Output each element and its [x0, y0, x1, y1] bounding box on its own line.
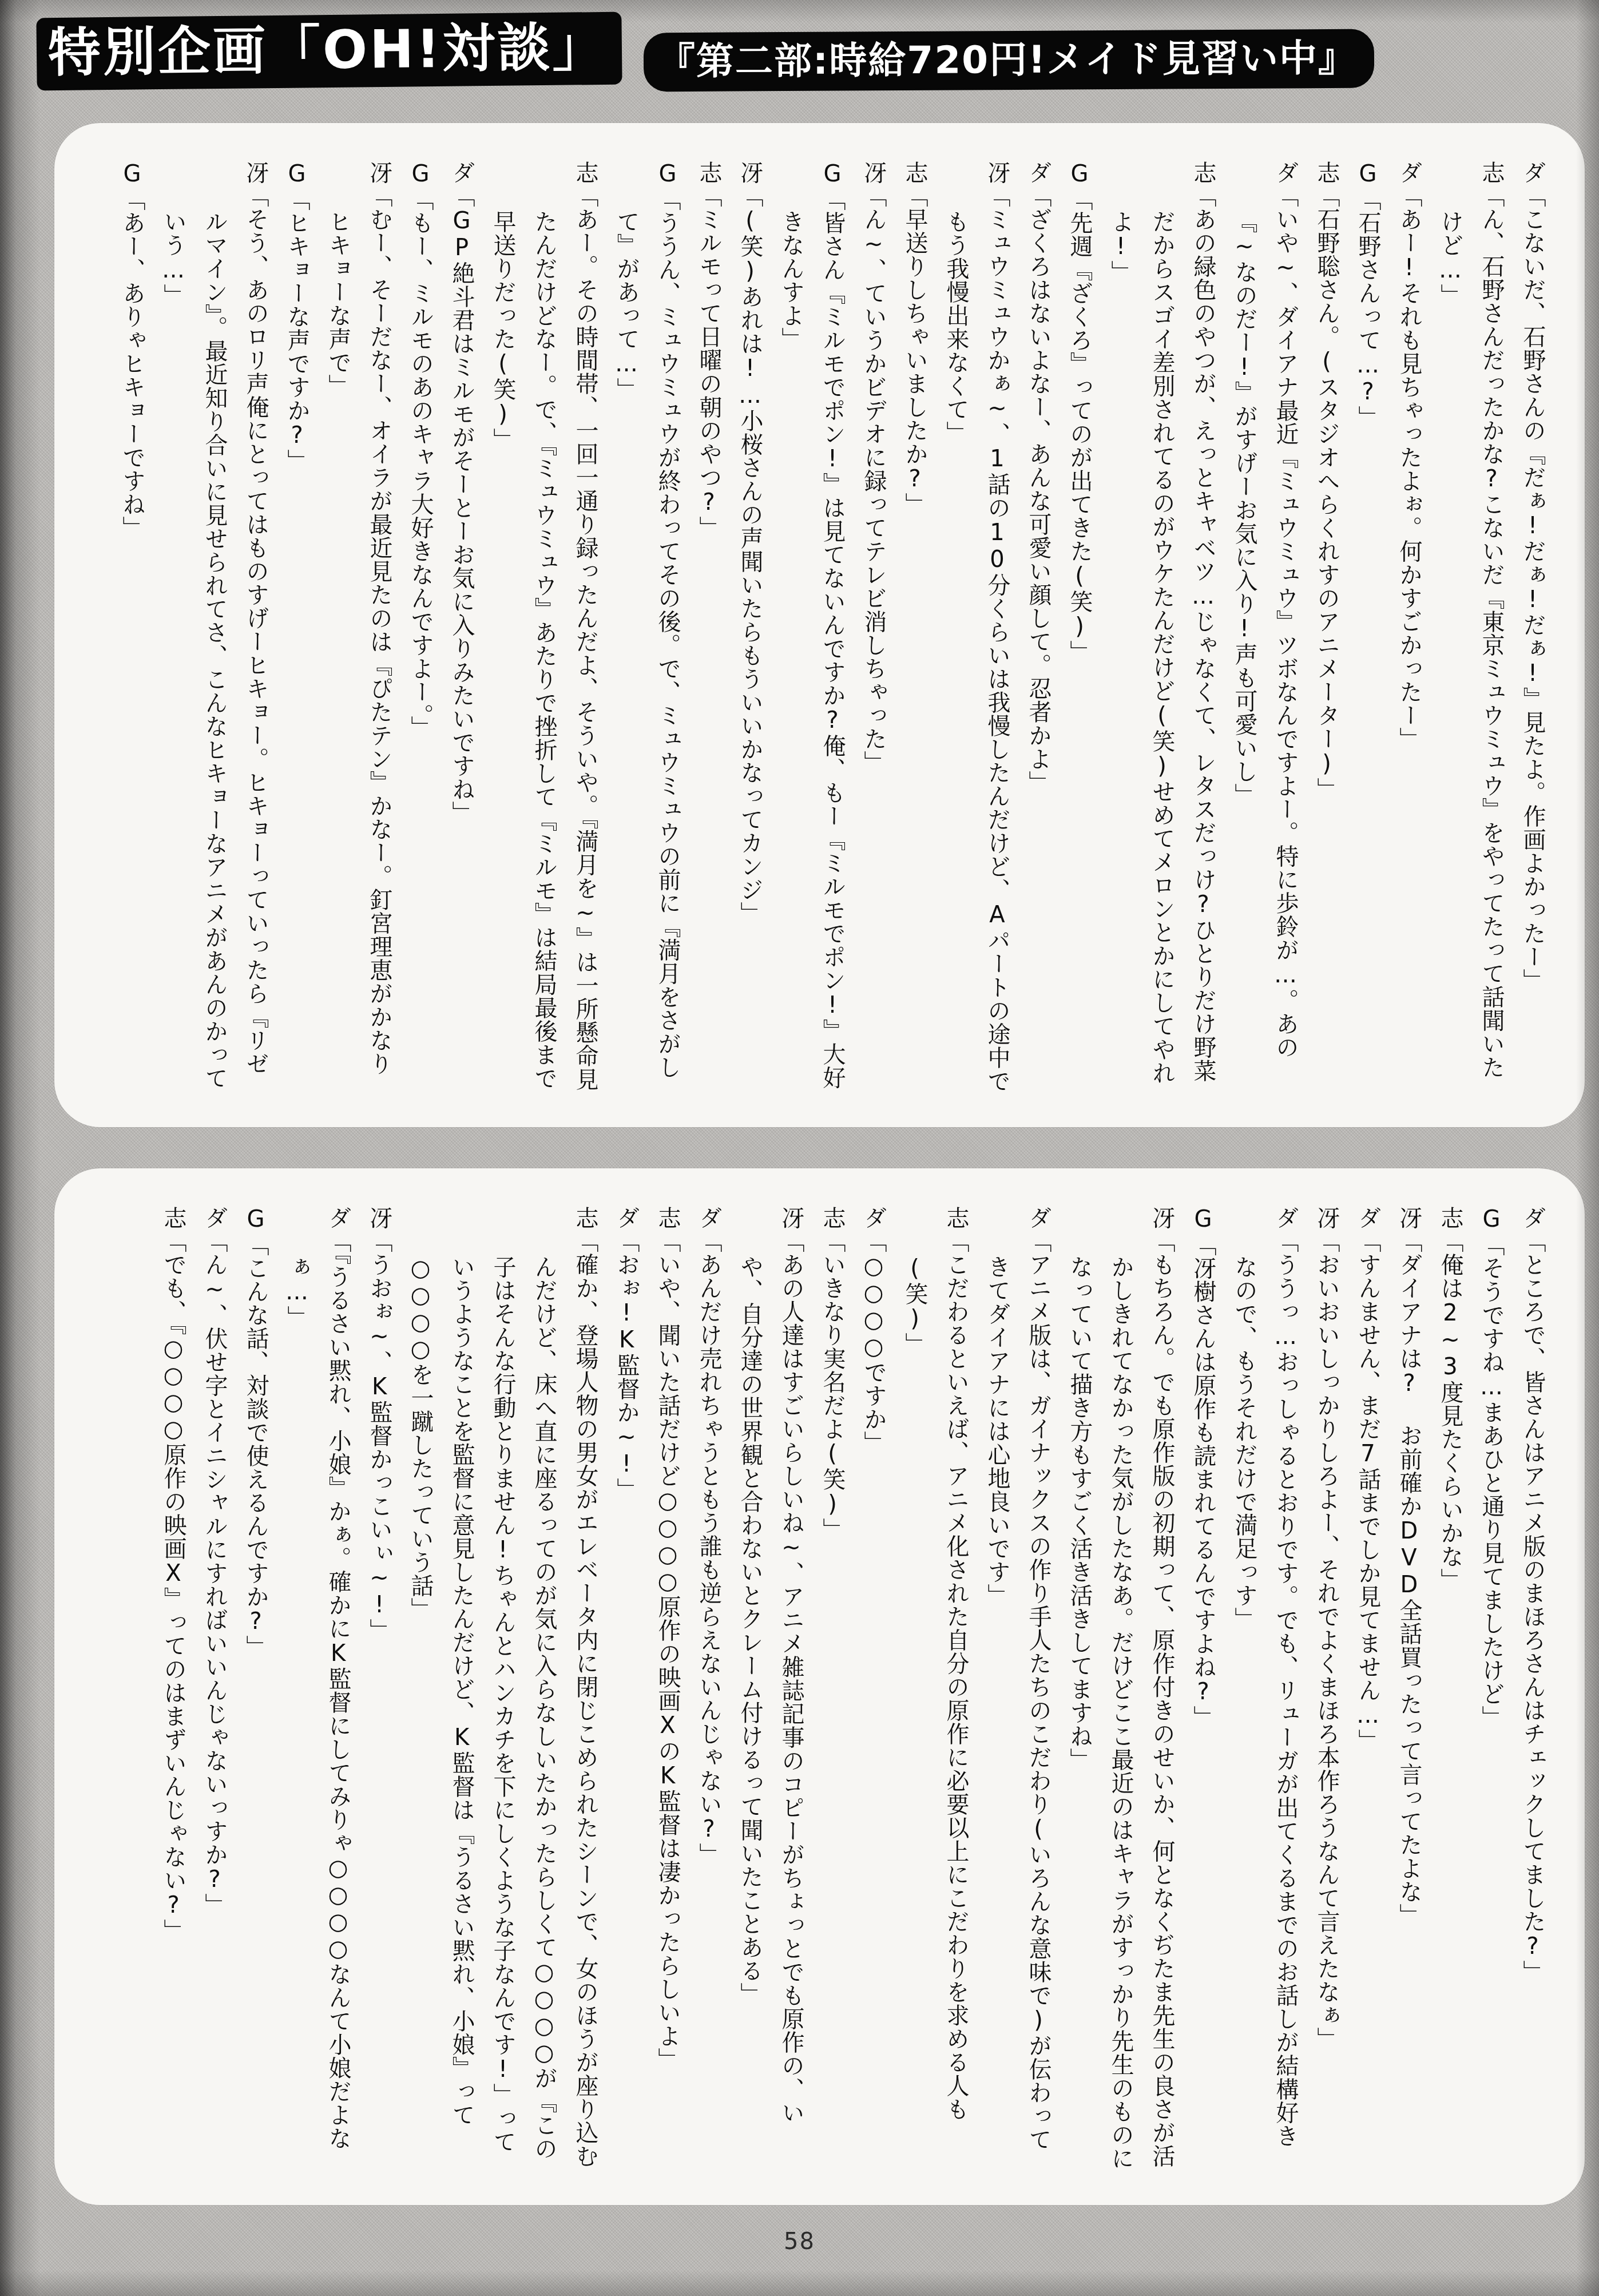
speech-text: 「早送りしちゃいましたか?」 [902, 184, 928, 516]
speech-text: 「もちろん。でも原作版の初期って、原作付きのせいか、何となくぢたま先生の良さが活… [1066, 1230, 1175, 2170]
speech-line: 冴「むー、そーだなー、オイラが最近見たのは『ぴたテン』かなー。釘宮理恵がかなりヒ… [318, 161, 400, 1093]
speaker-label: 志 [572, 161, 598, 184]
speech-line: ダ「GP絶斗君はミルモがそーとーお気に入りみたいですね」 [441, 161, 482, 1093]
speaker-label: 志 [1314, 161, 1340, 184]
speech-line: 冴「あの人達はすごいらしいね~、アニメ雑誌記事のコピーがちょっとでも原作の、いや… [729, 1206, 812, 2171]
speaker-label: ダ [201, 1206, 228, 1230]
speech-text: 「あー、ありゃヒキョーですね」 [119, 188, 145, 540]
speech-line: 冴「そう、あのロリ声俺にとってはものすげーヒキョー。ヒキョーっていったら『リゼル… [153, 161, 276, 1093]
speech-line: 志「でも、『○○○○原作の映画X』ってのはまずいんじゃない?」 [153, 1206, 194, 2171]
speech-text: 「ミルモって日曜の朝のやつ?」 [696, 184, 722, 540]
speech-line: ダ「ざくろはないよなー、あんな可愛い顔して。忍者かよ」 [1018, 161, 1059, 1093]
speech-text: 「ううっ…おっしゃるとおりです。でも、リューガが出てくるまでのお話しが結構好きな… [1231, 1230, 1299, 2148]
speaker-label: 冴 [737, 161, 763, 184]
speaker-label: ダ [1519, 1206, 1546, 1230]
speech-line: ダ「あー!それも見ちゃったよぉ。何かすごかったー」 [1388, 161, 1430, 1093]
feature-subtitle: 『第二部:時給720円!メイド見習い中』 [644, 29, 1374, 92]
speaker-label: 志 [1190, 161, 1216, 184]
speaker-label: ダ [449, 161, 475, 184]
speech-line: ダ「○○○○ですか」 [853, 1206, 894, 2171]
speaker-label: ダ [325, 1206, 351, 1230]
speaker-label: G [654, 161, 681, 188]
speaker-label: 志 [819, 1206, 846, 1230]
speaker-label: 冴 [984, 161, 1010, 184]
speaker-label: 冴 [1149, 1206, 1175, 1230]
speech-text: 「ざくろはないよなー、あんな可愛い顔して。忍者かよ」 [1025, 184, 1052, 794]
speech-text: 「『うるさい黙れ、小娘』かぁ。確かにK監督にしてみりゃ○○○○なんて小娘だよなぁ… [284, 1230, 351, 2150]
speaker-label: 冴 [366, 1206, 392, 1230]
speech-text: 「先週『ざくろ』ってのが出てきた(笑)」 [1066, 188, 1093, 664]
page-header: 特別企画「OH!対談」 『第二部:時給720円!メイド見習い中』 [37, 15, 1374, 90]
speaker-label: ダ [1272, 161, 1299, 184]
speech-line: 志「ミルモって日曜の朝のやつ?」 [688, 161, 729, 1093]
speech-text: 「○○○○ですか」 [860, 1230, 887, 1454]
dialogue-text-part1: ダ「こないだ、石野さんの『だぁ!だぁ!だぁ!』見たよ。作画よかったー」志「ん、石… [54, 123, 1585, 1127]
speech-line: 冴「おいおいしっかりしろよー、それでよくまほろ本作ろうなんて言えたなぁ」 [1306, 1206, 1347, 2171]
speaker-label: G [1355, 161, 1381, 188]
speech-line: 志「いきなり実名だよ(笑)」 [812, 1206, 853, 2171]
speech-line: ダ「ところで、皆さんはアニメ版のまほろさんはチェックしてました?」 [1512, 1206, 1553, 2171]
speech-text: 「GP絶斗君はミルモがそーとーお気に入りみたいですね」 [449, 184, 475, 824]
speaker-label: 冴 [366, 161, 392, 184]
speech-line: 志「いや、聞いた話だけど○○○○原作の映画XのK監督は凄かったらしいよ」 [647, 1206, 688, 2171]
speech-line: G「ううん、ミュウミュウが終わってその後。で、ミュウミュウの前に『満月をさがして… [606, 161, 688, 1093]
speech-line: 冴「もちろん。でも原作版の初期って、原作付きのせいか、何となくぢたま先生の良さが… [1059, 1206, 1183, 2171]
speech-text: 「確か、登場人物の男女がエレベータ内に閉じこめられたシーンで、女のほうが座り込む… [407, 1230, 598, 2168]
speech-line: 志「こだわるといえば、アニメ化された自分の原作に必要以上にこだわりを求める人も(… [894, 1206, 977, 2171]
scanned-doujin-page: { "header": { "title_main": "特別企画「OH!対談」… [0, 0, 1599, 2296]
speech-text: 「あー!それも見ちゃったよぉ。何かすごかったー」 [1396, 184, 1422, 751]
speaker-label: ダ [1355, 1206, 1381, 1230]
speech-text: 「ヒキョーな声ですか?」 [284, 188, 310, 473]
speaker-label: ダ [1025, 161, 1052, 184]
speech-text: 「うおぉ~、K監督かっこいぃ~!」 [366, 1230, 392, 1642]
speech-text: 「石野聡さん。(スタジオへらくれすのアニメーター)」 [1314, 184, 1340, 801]
speech-line: G「そうですね…まあひと通り見てましたけど」 [1471, 1206, 1512, 2171]
speaker-label: ダ [613, 1206, 640, 1230]
speech-line: ダ「あんだけ売れちゃうともう誰も逆らえないんじゃない?」 [688, 1206, 729, 2171]
speech-line: G「ヒキョーな声ですか?」 [276, 161, 318, 1093]
speech-line: G「あー、ありゃヒキョーですね」 [112, 161, 153, 1093]
speech-text: 「冴樹さんは原作も読まれてるんですよね?」 [1190, 1233, 1216, 1729]
speech-text: 「おいおいしっかりしろよー、それでよくまほろ本作ろうなんて言えたなぁ」 [1314, 1230, 1340, 2051]
speech-line: 冴「ダイアナは? お前確かDVD全話買ったって言ってたよな」 [1388, 1206, 1430, 2171]
speech-text: 「あの緑色のやつが、えっとキャベツ…じゃなくて、レタスだっけ?ひとりだけ野菜だか… [1108, 184, 1216, 1085]
speech-line: G「先週『ざくろ』ってのが出てきた(笑)」 [1059, 161, 1100, 1093]
speech-line: 志「俺は2~3度見たくらいかな」 [1430, 1206, 1471, 2171]
speech-text: 「おぉ!K監督か~!」 [613, 1230, 640, 1501]
speaker-label: G [407, 161, 434, 188]
speaker-label: 冴 [1396, 1206, 1422, 1230]
speech-line: ダ「『うるさい黙れ、小娘』かぁ。確かにK監督にしてみりゃ○○○○なんて小娘だよな… [276, 1206, 359, 2171]
speech-line: G「石野さんって…?」 [1347, 161, 1388, 1093]
speaker-label: 志 [654, 1206, 681, 1230]
speech-text: 「俺は2~3度見たくらいかな」 [1437, 1230, 1463, 1592]
speech-line: G「もー、ミルモのあのキャラ大好きなんですよー。」 [400, 161, 441, 1093]
speaker-label: ダ [1272, 1206, 1299, 1230]
speaker-label: ダ [1519, 161, 1546, 184]
speaker-label: G [1190, 1206, 1216, 1233]
speech-line: 志「確か、登場人物の男女がエレベータ内に閉じこめられたシーンで、女のほうが座り込… [400, 1206, 606, 2171]
speaker-label: 志 [572, 1206, 598, 1230]
speaker-label: 志 [943, 1206, 969, 1230]
speaker-label: G [1066, 161, 1093, 188]
speech-text: 「もー、ミルモのあのキャラ大好きなんですよー。」 [407, 188, 434, 739]
speaker-label: 冴 [243, 161, 269, 184]
speech-line: G「こんな話、対談で使えるんですか?」 [235, 1206, 276, 2171]
speaker-label: G [243, 1206, 269, 1233]
speech-line: 志「あー。その時間帯、一回一通り録ったんだよ、そういや。『満月を~』は一所懸命見… [482, 161, 606, 1093]
speech-text: 「でも、『○○○○原作の映画X』ってのはまずいんじゃない?」 [160, 1230, 187, 1942]
speaker-label: ダ [1025, 1206, 1052, 1230]
speech-text: 「ところで、皆さんはアニメ版のまほろさんはチェックしてました?」 [1519, 1230, 1546, 1984]
speech-text: 「ん、石野さんだったかな?こないだ『東京ミュウミュウ』をやってたって話聞いたけど… [1437, 184, 1505, 1079]
speaker-label: 志 [902, 161, 928, 184]
speech-line: 志「早送りしちゃいましたか?」 [894, 161, 935, 1093]
speaker-label: 志 [1437, 1206, 1463, 1230]
speech-text: 「いや、聞いた話だけど○○○○原作の映画XのK監督は凄かったらしいよ」 [654, 1230, 681, 2071]
speech-text: 「そうですね…まあひと通り見てましたけど」 [1478, 1233, 1505, 1729]
speech-text: 「ん~、ていうかビデオに録ってテレビ消しちゃった」 [860, 184, 887, 774]
speaker-label: 志 [696, 161, 722, 184]
speech-line: ダ「すんません、まだ7話までしか見てません…」 [1347, 1206, 1388, 2171]
speech-text: 「いきなり実名だよ(笑)」 [819, 1230, 846, 1541]
speech-line: G「冴樹さんは原作も読まれてるんですよね?」 [1183, 1206, 1224, 2171]
speech-line: 志「石野聡さん。(スタジオへらくれすのアニメーター)」 [1306, 161, 1347, 1093]
speech-line: 冴「うおぉ~、K監督かっこいぃ~!」 [359, 1206, 400, 2171]
speech-text: 「石野さんって…?」 [1355, 188, 1381, 429]
speaker-label: 冴 [778, 1206, 804, 1230]
speech-line: ダ「ん~、伏せ字とイニシャルにすればいいんじゃないっすか?」 [194, 1206, 235, 2171]
speaker-label: ダ [1396, 161, 1422, 184]
speech-text: 「あんだけ売れちゃうともう誰も逆らえないんじゃない?」 [696, 1230, 722, 1866]
page-footer: 58 [0, 2228, 1599, 2255]
speaker-label: 志 [160, 1206, 187, 1230]
speaker-label: 志 [1478, 161, 1505, 184]
speech-line: ダ「おぉ!K監督か~!」 [606, 1206, 647, 2171]
speech-text: 「いや~、ダイアナ最近『ミュウミュウ』ツボなんですよー。特に歩鈴が…。あの『~な… [1231, 184, 1299, 1059]
speech-text: 「アニメ版は、ガイナックスの作り手人たちのこだわり(いろんな意味で)が伝わってき… [984, 1230, 1052, 2151]
speech-line: G「皆さん『ミルモでポン!』は見てないんですか?俺、もー『ミルモでポン!』大好き… [771, 161, 853, 1093]
speech-line: ダ「ううっ…おっしゃるとおりです。でも、リューガが出てくるまでのお話しが結構好き… [1224, 1206, 1306, 2171]
speech-text: 「すんません、まだ7話までしか見てません…」 [1355, 1230, 1381, 1752]
speech-line: 冴「(笑)あれは!…小桜さんの声聞いたらもういいかなってカンジ」 [729, 161, 771, 1093]
speech-text: 「こないだ、石野さんの『だぁ!だぁ!だぁ!』見たよ。作画よかったー」 [1519, 184, 1546, 992]
speaker-label: 冴 [860, 161, 887, 184]
speech-text: 「そう、あのロリ声俺にとってはものすげーヒキョー。ヒキョーっていったら『リゼルマ… [160, 184, 269, 1090]
speech-line: ダ「アニメ版は、ガイナックスの作り手人たちのこだわり(いろんな意味で)が伝わって… [977, 1206, 1059, 2171]
speaker-label: ダ [696, 1206, 722, 1230]
speech-text: 「むー、そーだなー、オイラが最近見たのは『ぴたテン』かなー。釘宮理恵がかなりヒキ… [325, 184, 392, 1076]
speech-text: 「ミュウミュウかぁ~、1話の10分くらいは我慢したんだけど、Aパートの途中でもう… [943, 184, 1010, 1093]
speech-line: ダ「こないだ、石野さんの『だぁ!だぁ!だぁ!』見たよ。作画よかったー」 [1512, 161, 1553, 1093]
speech-text: 「こだわるといえば、アニメ化された自分の原作に必要以上にこだわりを求める人も(笑… [902, 1230, 969, 2121]
speaker-label: G [819, 161, 846, 188]
dialogue-text-part2: ダ「ところで、皆さんはアニメ版のまほろさんはチェックしてました?」G「そうですね… [54, 1168, 1585, 2205]
dialogue-block-part1: ダ「こないだ、石野さんの『だぁ!だぁ!だぁ!』見たよ。作画よかったー」志「ん、石… [54, 123, 1585, 1127]
speaker-label: G [1478, 1206, 1505, 1233]
dialogue-block-part2: ダ「ところで、皆さんはアニメ版のまほろさんはチェックしてました?」G「そうですね… [54, 1168, 1585, 2205]
speech-text: 「あー。その時間帯、一回一通り録ったんだよ、そういや。『満月を~』は一所懸命見た… [490, 184, 598, 1091]
speech-line: 志「ん、石野さんだったかな?こないだ『東京ミュウミュウ』をやってたって話聞いたけ… [1430, 161, 1512, 1093]
speech-text: 「(笑)あれは!…小桜さんの声聞いたらもういいかなってカンジ」 [737, 184, 763, 925]
feature-title: 特別企画「OH!対談」 [36, 12, 622, 90]
speech-text: 「こんな話、対談で使えるんですか?」 [243, 1233, 269, 1659]
speaker-label: G [119, 161, 145, 188]
speech-line: ダ「いや~、ダイアナ最近『ミュウミュウ』ツボなんですよー。特に歩鈴が…。あの『~… [1224, 161, 1306, 1093]
speech-text: 「皆さん『ミルモでポン!』は見てないんですか?俺、もー『ミルモでポン!』大好きな… [778, 188, 846, 1089]
speech-line: 志「あの緑色のやつが、えっとキャベツ…じゃなくて、レタスだっけ?ひとりだけ野菜だ… [1100, 161, 1224, 1093]
speech-line: 冴「ん~、ていうかビデオに録ってテレビ消しちゃった」 [853, 161, 894, 1093]
speech-text: 「あの人達はすごいらしいね~、アニメ雑誌記事のコピーがちょっとでも原作の、いや、… [737, 1230, 804, 2124]
speech-text: 「ん~、伏せ字とイニシャルにすればいいんじゃないっすか?」 [201, 1230, 228, 1917]
page-number: 58 [784, 2228, 815, 2255]
speaker-label: G [284, 161, 310, 188]
speech-line: 冴「ミュウミュウかぁ~、1話の10分くらいは我慢したんだけど、Aパートの途中でも… [935, 161, 1018, 1093]
speaker-label: ダ [860, 1206, 887, 1230]
speaker-label: 冴 [1314, 1206, 1340, 1230]
speech-text: 「ダイアナは? お前確かDVD全話買ったって言ってたよな」 [1396, 1230, 1422, 1927]
speech-text: 「ううん、ミュウミュウが終わってその後。で、ミュウミュウの前に『満月をさがして』… [613, 188, 681, 1079]
